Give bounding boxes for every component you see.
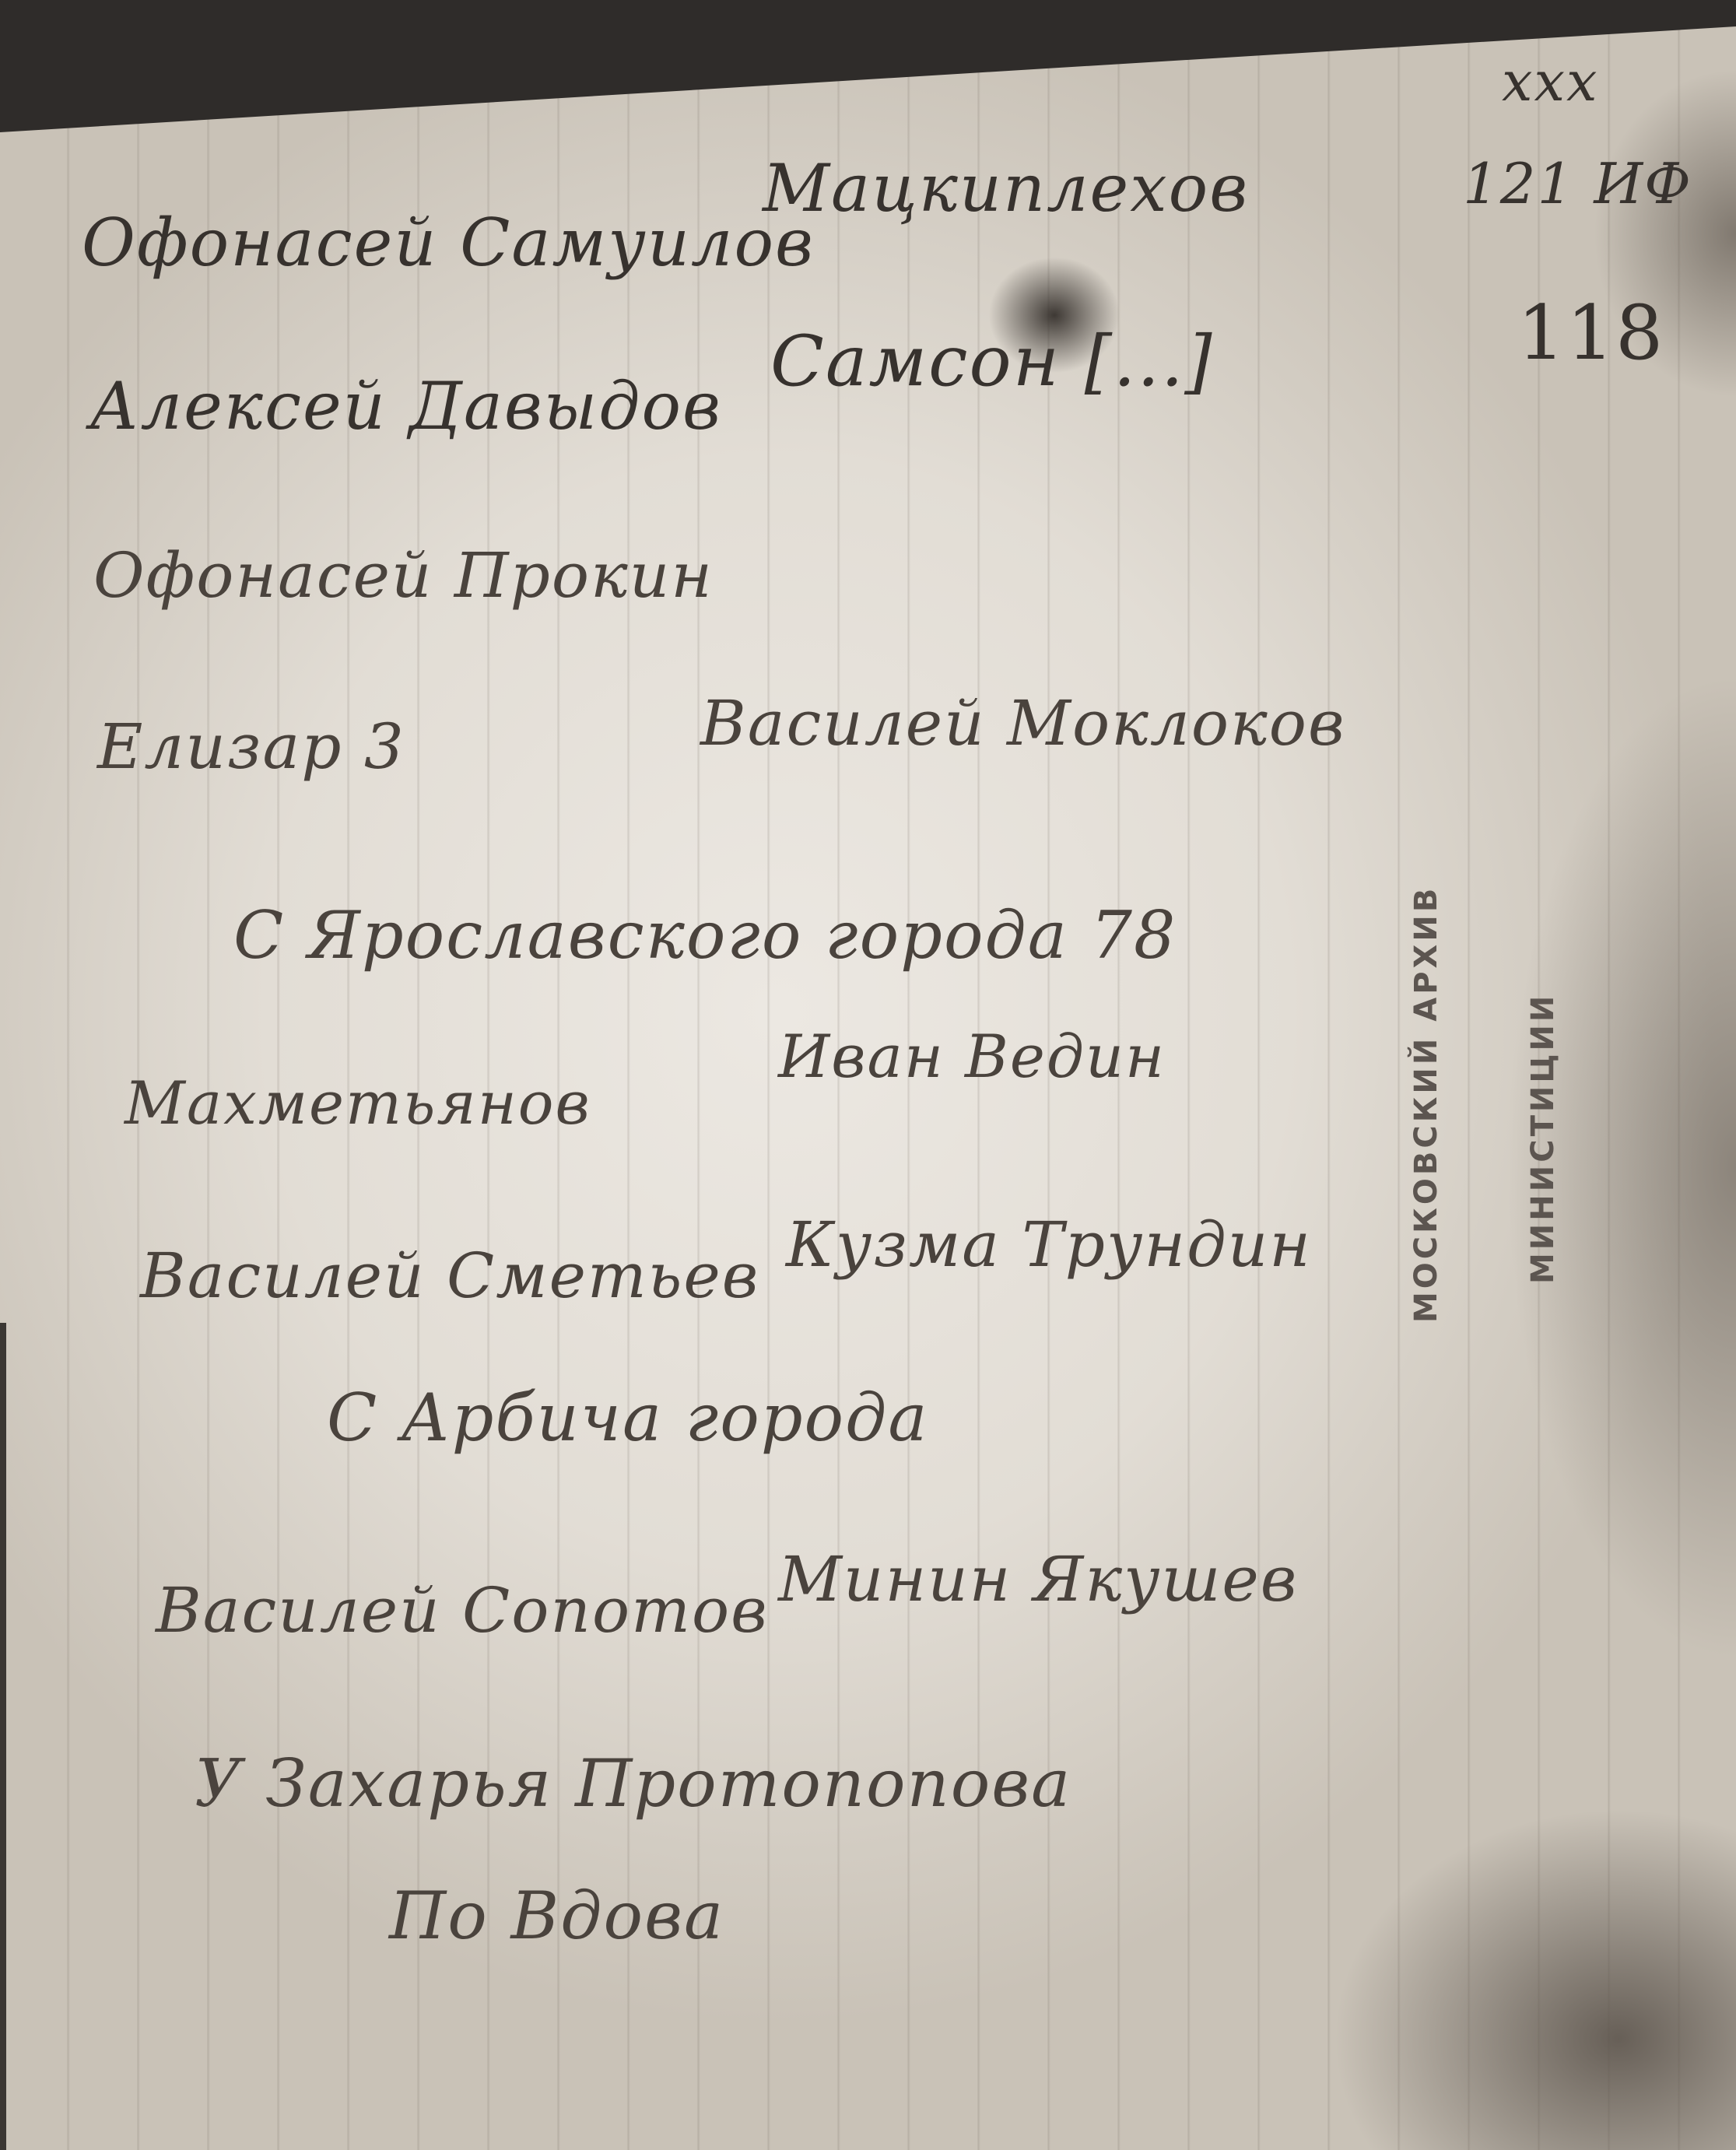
folio-number: 118 — [1517, 296, 1664, 370]
entry-4: Самсон [...] — [770, 327, 1214, 397]
entry-1: Офонасей Самуилов — [82, 210, 815, 275]
entry-2: Мацкиплехов — [763, 156, 1249, 221]
entry-3: Алексей Давыдов — [89, 374, 722, 439]
entry-17: По Вдова — [389, 1883, 724, 1948]
entry-10: Иван Ведин — [778, 1027, 1166, 1086]
entry-12: Кузма Трундин — [786, 1214, 1312, 1276]
entry-7: Василей Моклоков — [700, 693, 1346, 755]
entry-14: Василей Сопотов — [156, 1580, 769, 1642]
archive-stamp-line-2: МИНИСТИЦИИ — [1525, 993, 1561, 1284]
entry-16: У Захарья Протопопова — [195, 1751, 1071, 1816]
page-edge — [0, 1323, 6, 2150]
entry-11: Василей Сметьев — [140, 1245, 759, 1307]
entry-5: Офонасей Прокин — [93, 545, 714, 607]
entry-6: Елизар 3 — [97, 716, 405, 778]
archive-stamp-line-1: МОСКОВСКИЙ АРХИВ — [1408, 886, 1444, 1323]
entry-9: Махметьянов — [125, 1074, 591, 1133]
folio-mark-1: ххх — [1502, 54, 1598, 109]
folio-mark-2: 121 ИФ — [1463, 156, 1692, 212]
entry-8: С Ярославского города 78 — [233, 903, 1177, 968]
entry-15: Минин Якушев — [778, 1548, 1298, 1611]
entry-13: С Арбича города — [327, 1385, 928, 1450]
